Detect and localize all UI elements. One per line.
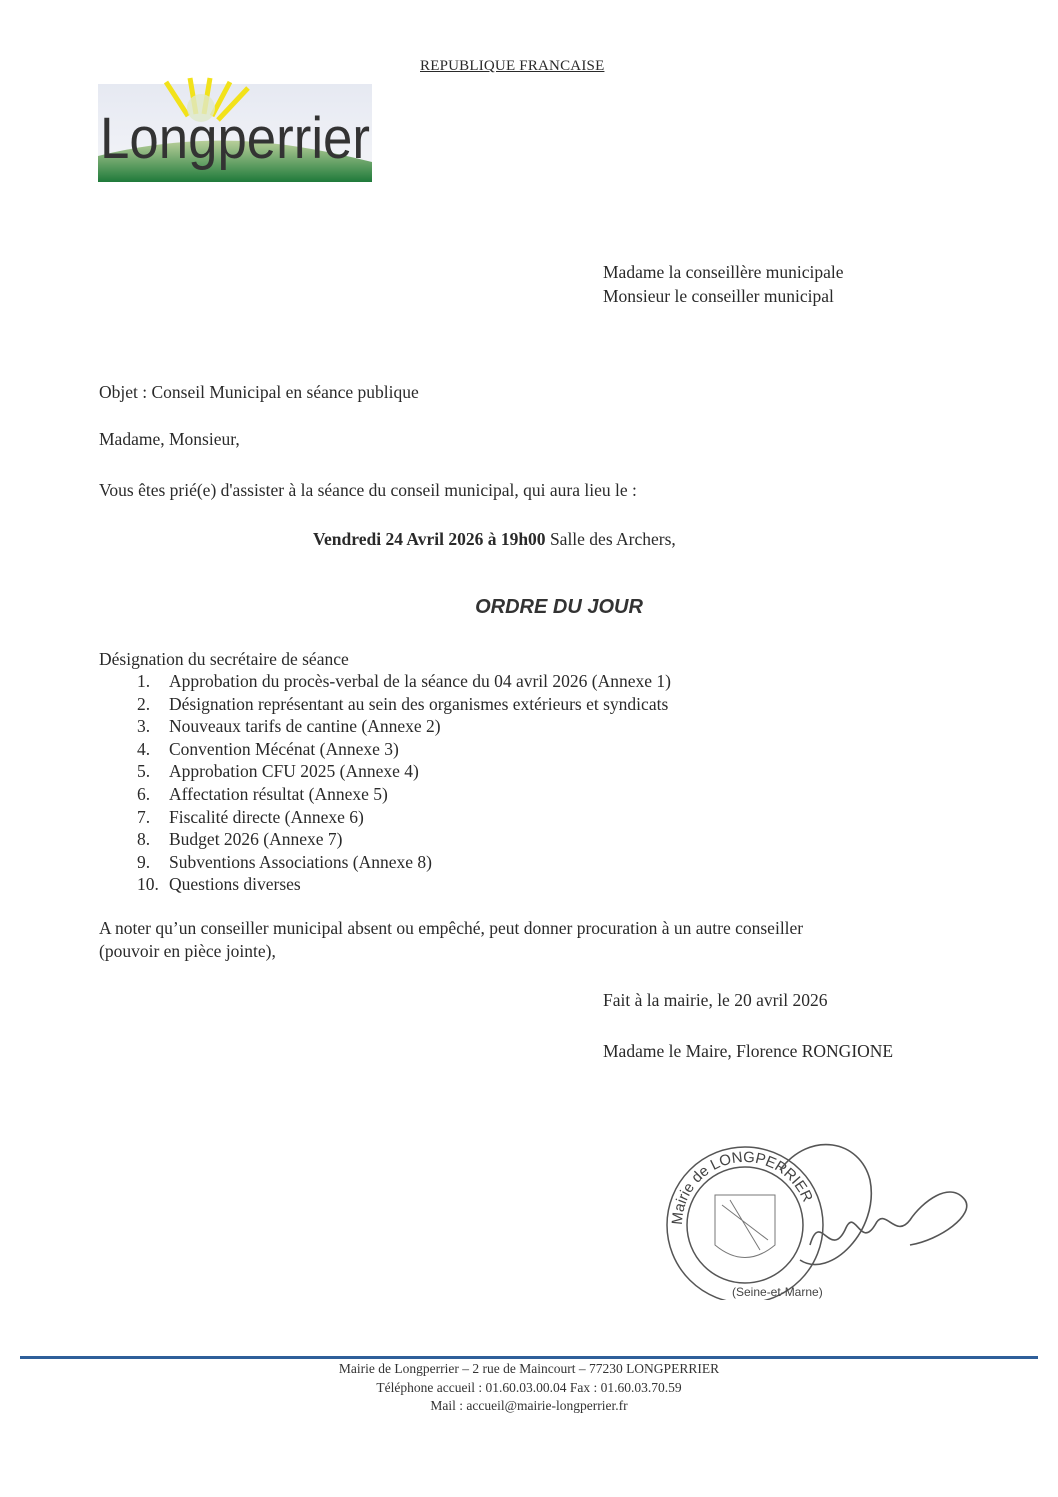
agenda-item-number: 6. — [137, 783, 169, 806]
agenda-item-number: 1. — [137, 670, 169, 693]
agenda-item: 10.Questions diverses — [137, 873, 671, 896]
agenda-list: 1.Approbation du procès-verbal de la séa… — [137, 670, 671, 896]
footer-divider — [20, 1356, 1038, 1359]
agenda-item-number: 3. — [137, 715, 169, 738]
footer-contact: Mairie de Longperrier – 2 rue de Maincou… — [0, 1360, 1058, 1416]
agenda-item: 5.Approbation CFU 2025 (Annexe 4) — [137, 760, 671, 783]
agenda-item-number: 2. — [137, 693, 169, 716]
agenda-item-number: 8. — [137, 828, 169, 851]
recipient-line: Madame la conseillère municipale — [603, 260, 844, 284]
agenda-item: 3.Nouveaux tarifs de cantine (Annexe 2) — [137, 715, 671, 738]
agenda-item-text: Nouveaux tarifs de cantine (Annexe 2) — [169, 716, 441, 736]
agenda-item-text: Affectation résultat (Annexe 5) — [169, 784, 388, 804]
meeting-place: Salle des Archers, — [546, 529, 676, 549]
stamp-top-text: Mairie de LONGPERRIER — [669, 1149, 816, 1226]
proxy-note-line: A noter qu’un conseiller municipal absen… — [99, 917, 803, 940]
agenda-item-text: Approbation du procès-verbal de la séanc… — [169, 671, 671, 691]
agenda-item-text: Désignation représentant au sein des org… — [169, 694, 668, 714]
footer-mail[interactable]: Mail : accueil@mairie-longperrier.fr — [0, 1397, 1058, 1416]
recipient-line: Monsieur le conseiller municipal — [603, 284, 844, 308]
official-stamp-signature: Mairie de LONGPERRIER (Seine-et-Marne) — [660, 1130, 980, 1300]
proxy-note: A noter qu’un conseiller municipal absen… — [99, 917, 803, 963]
meeting-datetime-place: Vendredi 24 Avril 2026 à 19h00 Salle des… — [313, 528, 676, 550]
agenda-item-text: Questions diverses — [169, 874, 301, 894]
agenda-item: 2.Désignation représentant au sein des o… — [137, 693, 671, 716]
meeting-datetime: Vendredi 24 Avril 2026 à 19h00 — [313, 529, 546, 549]
footer-phone: Téléphone accueil : 01.60.03.00.04 Fax :… — [0, 1379, 1058, 1398]
agenda-item: 9.Subventions Associations (Annexe 8) — [137, 851, 671, 874]
coat-of-arms-icon — [715, 1195, 775, 1258]
salutation: Madame, Monsieur, — [99, 428, 240, 450]
agenda-item-text: Budget 2026 (Annexe 7) — [169, 829, 343, 849]
agenda-item: 1.Approbation du procès-verbal de la séa… — [137, 670, 671, 693]
proxy-note-line: (pouvoir en pièce jointe), — [99, 940, 803, 963]
place-date: Fait à la mairie, le 20 avril 2026 — [603, 989, 828, 1011]
agenda-item: 6.Affectation résultat (Annexe 5) — [137, 783, 671, 806]
agenda-item-text: Fiscalité directe (Annexe 6) — [169, 807, 364, 827]
subject-line: Objet : Conseil Municipal en séance publ… — [99, 381, 419, 403]
republique-francaise-heading: REPUBLIQUE FRANCAISE — [420, 58, 604, 75]
agenda-item-text: Convention Mécénat (Annexe 3) — [169, 739, 399, 759]
agenda-item: 4.Convention Mécénat (Annexe 3) — [137, 738, 671, 761]
stamp-circle-icon — [667, 1147, 823, 1300]
invitation-text: Vous êtes prié(e) d'assister à la séance… — [99, 479, 637, 501]
svg-text:Mairie de LONGPERRIER: Mairie de LONGPERRIER — [669, 1149, 816, 1226]
agenda-title: ORDRE DU JOUR — [0, 596, 1058, 619]
longperrier-logo: Longperrier — [98, 76, 372, 182]
footer-address: Mairie de Longperrier – 2 rue de Maincou… — [0, 1360, 1058, 1379]
agenda-item: 7.Fiscalité directe (Annexe 6) — [137, 806, 671, 829]
agenda-item-number: 7. — [137, 806, 169, 829]
recipients-block: Madame la conseillère municipale Monsieu… — [603, 260, 844, 308]
agenda-item-number: 9. — [137, 851, 169, 874]
agenda-item-number: 10. — [137, 873, 169, 896]
agenda-pre-item: Désignation du secrétaire de séance — [99, 648, 349, 670]
agenda-item-number: 5. — [137, 760, 169, 783]
svg-text:Longperrier: Longperrier — [100, 106, 370, 171]
stamp-bottom-text: (Seine-et-Marne) — [732, 1285, 823, 1299]
agenda-item-number: 4. — [137, 738, 169, 761]
agenda-item: 8.Budget 2026 (Annexe 7) — [137, 828, 671, 851]
agenda-item-text: Approbation CFU 2025 (Annexe 4) — [169, 761, 419, 781]
handwritten-signature-icon — [780, 1145, 967, 1265]
agenda-item-text: Subventions Associations (Annexe 8) — [169, 852, 432, 872]
signatory: Madame le Maire, Florence RONGIONE — [603, 1040, 893, 1062]
